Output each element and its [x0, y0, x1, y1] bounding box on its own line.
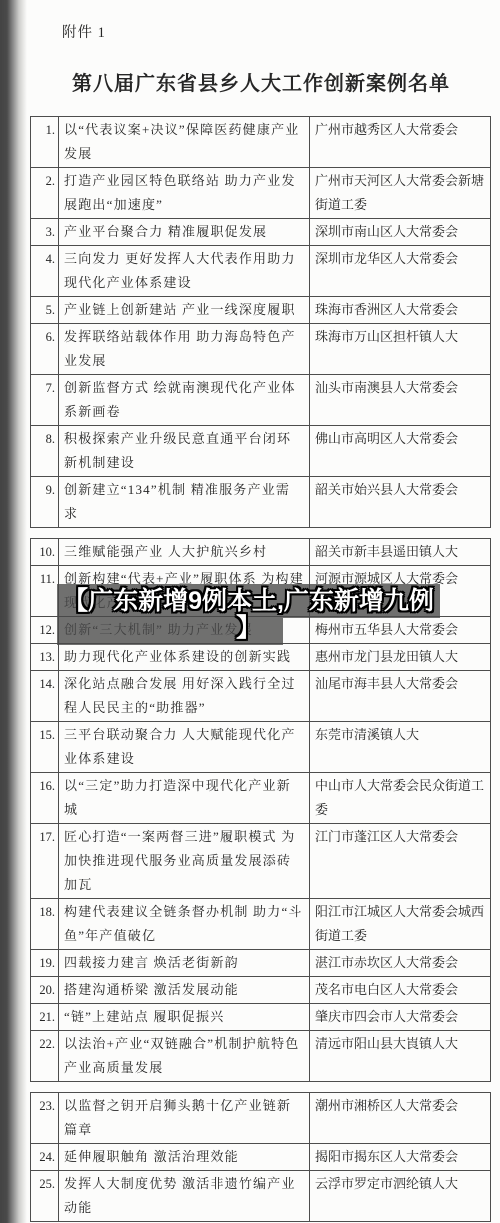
case-title-cell: 产业链上创新建站 产业一线深度履职 [59, 297, 310, 324]
case-title-cell: 助力现代化产业体系建设的创新实践 [59, 644, 310, 671]
case-title-cell: 搭建沟通桥梁 激活发展动能 [59, 977, 310, 1004]
row-number-cell: 3. [31, 219, 59, 246]
cases-table-section-3: 23.以监督之钥开启狮头鹅十亿产业链新篇章潮州市湘桥区人大常委会24.延伸履职触… [30, 1092, 491, 1222]
row-number-cell: 12. [31, 617, 59, 644]
organization-cell: 湛江市赤坎区人大常委会 [310, 950, 491, 977]
organization-cell: 肇庆市四会市人大常委会 [310, 1004, 491, 1031]
table-row: 6.发挥联络站载体作用 助力海岛特色产业发展珠海市万山区担杆镇人大 [31, 324, 491, 375]
case-title-cell: 延伸履职触角 激活治理效能 [59, 1144, 310, 1171]
table-row: 19.四载接力建言 焕活老街新韵湛江市赤坎区人大常委会 [31, 950, 491, 977]
row-number-cell: 14. [31, 671, 59, 722]
case-title-cell: 四载接力建言 焕活老街新韵 [59, 950, 310, 977]
row-number-cell: 9. [31, 477, 59, 528]
table-row: 13.助力现代化产业体系建设的创新实践惠州市龙门县龙田镇人大 [31, 644, 491, 671]
organization-cell: 揭阳市揭东区人大常委会 [310, 1144, 491, 1171]
case-title-cell: 构建代表建议全链条督办机制 助力“斗鱼”年产值破亿 [59, 899, 310, 950]
row-number-cell: 15. [31, 722, 59, 773]
caption-text-line1: 【广东新增9例本土,广东新增九例 [63, 586, 434, 616]
row-number-cell: 20. [31, 977, 59, 1004]
organization-cell: 江门市蓬江区人大常委会 [310, 824, 491, 899]
case-title-cell: 产业平台聚合力 精准履职促发展 [59, 219, 310, 246]
cases-table-section-1: 1.以“代表议案+决议”保障医药健康产业发展广州市越秀区人大常委会2.打造产业园… [30, 116, 491, 528]
organization-cell: 惠州市龙门县龙田镇人大 [310, 644, 491, 671]
tables-container: 1.以“代表议案+决议”保障医药健康产业发展广州市越秀区人大常委会2.打造产业园… [30, 116, 476, 1222]
table-row: 20.搭建沟通桥梁 激活发展动能茂名市电白区人大常委会 [31, 977, 491, 1004]
table-row: 16.以“三定”助力打造深中现代化产业新城中山市人大常委会民众街道工委 [31, 773, 491, 824]
row-number-cell: 17. [31, 824, 59, 899]
case-title-cell: 以“三定”助力打造深中现代化产业新城 [59, 773, 310, 824]
row-number-cell: 7. [31, 375, 59, 426]
row-number-cell: 6. [31, 324, 59, 375]
case-title-cell: 创新建立“134”机制 精准服务产业需求 [59, 477, 310, 528]
organization-cell: 佛山市高明区人大常委会 [310, 426, 491, 477]
organization-cell: 深圳市南山区人大常委会 [310, 219, 491, 246]
case-title-cell: 深化站点融合发展 用好深入践行全过程人民民主的“助推器” [59, 671, 310, 722]
organization-cell: 珠海市香洲区人大常委会 [310, 297, 491, 324]
organization-cell: 清远市阳山县大崀镇人大 [310, 1031, 491, 1082]
row-number-cell: 11. [31, 566, 59, 617]
organization-cell: 韶关市始兴县人大常委会 [310, 477, 491, 528]
case-title-cell: 以“代表议案+决议”保障医药健康产业发展 [59, 117, 310, 168]
case-title-cell: 发挥联络站载体作用 助力海岛特色产业发展 [59, 324, 310, 375]
row-number-cell: 18. [31, 899, 59, 950]
document-page: { "document": { "attachment_label": "附件 … [0, 0, 500, 1223]
caption-overlay: 【广东新增9例本土,广东新增九例 】 [57, 584, 440, 645]
document-title: 第八届广东省县乡人大工作创新案例名单 [22, 67, 500, 96]
organization-cell: 汕尾市海丰县人大常委会 [310, 671, 491, 722]
case-title-cell: 打造产业园区特色联络站 助力产业发展跑出“加速度” [59, 168, 310, 219]
case-title-cell: 发挥人大制度优势 激活非遗竹编产业动能 [59, 1171, 310, 1222]
table-row: 7.创新监督方式 绘就南澳现代化产业体系新画卷汕头市南澳县人大常委会 [31, 375, 491, 426]
row-number-cell: 21. [31, 1004, 59, 1031]
case-title-cell: 积极探索产业升级民意直通平台闭环新机制建设 [59, 426, 310, 477]
organization-cell: 潮州市湘桥区人大常委会 [310, 1093, 491, 1144]
table-row: 5.产业链上创新建站 产业一线深度履职珠海市香洲区人大常委会 [31, 297, 491, 324]
case-title-cell: 三向发力 更好发挥人大代表作用助力现代化产业体系建设 [59, 246, 310, 297]
row-number-cell: 2. [31, 168, 59, 219]
organization-cell: 广州市越秀区人大常委会 [310, 117, 491, 168]
table-row: 24.延伸履职触角 激活治理效能揭阳市揭东区人大常委会 [31, 1144, 491, 1171]
row-number-cell: 1. [31, 117, 59, 168]
table-row: 18.构建代表建议全链条督办机制 助力“斗鱼”年产值破亿阳江市江城区人大常委会城… [31, 899, 491, 950]
row-number-cell: 22. [31, 1031, 59, 1082]
table-row: 21.“链”上建站点 履职促振兴肇庆市四会市人大常委会 [31, 1004, 491, 1031]
case-title-cell: “链”上建站点 履职促振兴 [59, 1004, 310, 1031]
organization-cell: 深圳市龙华区人大常委会 [310, 246, 491, 297]
case-title-cell: 三平台联动聚合力 人大赋能现代化产业体系建设 [59, 722, 310, 773]
row-number-cell: 25. [31, 1171, 59, 1222]
row-number-cell: 23. [31, 1093, 59, 1144]
table-row: 22.以法治+产业“双链融合”机制护航特色产业高质量发展清远市阳山县大崀镇人大 [31, 1031, 491, 1082]
table-row: 15.三平台联动聚合力 人大赋能现代化产业体系建设东莞市清溪镇人大 [31, 722, 491, 773]
row-number-cell: 10. [31, 539, 59, 566]
row-number-cell: 19. [31, 950, 59, 977]
row-number-cell: 16. [31, 773, 59, 824]
case-title-cell: 创新监督方式 绘就南澳现代化产业体系新画卷 [59, 375, 310, 426]
case-title-cell: 三维赋能强产业 人大护航兴乡村 [59, 539, 310, 566]
row-number-cell: 8. [31, 426, 59, 477]
table-row: 3.产业平台聚合力 精准履职促发展深圳市南山区人大常委会 [31, 219, 491, 246]
organization-cell: 东莞市清溪镇人大 [310, 722, 491, 773]
table-row: 4.三向发力 更好发挥人大代表作用助力现代化产业体系建设深圳市龙华区人大常委会 [31, 246, 491, 297]
case-title-cell: 以法治+产业“双链融合”机制护航特色产业高质量发展 [59, 1031, 310, 1082]
organization-cell: 中山市人大常委会民众街道工委 [310, 773, 491, 824]
row-number-cell: 5. [31, 297, 59, 324]
table-row: 9.创新建立“134”机制 精准服务产业需求韶关市始兴县人大常委会 [31, 477, 491, 528]
page-left-edge-shadow [0, 0, 28, 1223]
table-row: 10.三维赋能强产业 人大护航兴乡村韶关市新丰县遥田镇人大 [31, 539, 491, 566]
organization-cell: 汕头市南澳县人大常委会 [310, 375, 491, 426]
organization-cell: 广州市天河区人大常委会新塘街道工委 [310, 168, 491, 219]
row-number-cell: 24. [31, 1144, 59, 1171]
organization-cell: 阳江市江城区人大常委会城西街道工委 [310, 899, 491, 950]
table-row: 14.深化站点融合发展 用好深入践行全过程人民民主的“助推器”汕尾市海丰县人大常… [31, 671, 491, 722]
table-row: 23.以监督之钥开启狮头鹅十亿产业链新篇章潮州市湘桥区人大常委会 [31, 1093, 491, 1144]
row-number-cell: 13. [31, 644, 59, 671]
case-title-cell: 以监督之钥开启狮头鹅十亿产业链新篇章 [59, 1093, 310, 1144]
case-title-cell: 匠心打造“一案两督三进”履职模式 为加快推进现代服务业高质量发展添砖加瓦 [59, 824, 310, 899]
organization-cell: 珠海市万山区担杆镇人大 [310, 324, 491, 375]
attachment-label: 附件 1 [62, 0, 500, 42]
table-row: 17.匠心打造“一案两督三进”履职模式 为加快推进现代服务业高质量发展添砖加瓦江… [31, 824, 491, 899]
table-row: 1.以“代表议案+决议”保障医药健康产业发展广州市越秀区人大常委会 [31, 117, 491, 168]
caption-text-line2: 】 [236, 613, 261, 643]
organization-cell: 韶关市新丰县遥田镇人大 [310, 539, 491, 566]
table-row: 25.发挥人大制度优势 激活非遗竹编产业动能云浮市罗定市泗纶镇人大 [31, 1171, 491, 1222]
organization-cell: 茂名市电白区人大常委会 [310, 977, 491, 1004]
row-number-cell: 4. [31, 246, 59, 297]
organization-cell: 云浮市罗定市泗纶镇人大 [310, 1171, 491, 1222]
table-row: 8.积极探索产业升级民意直通平台闭环新机制建设佛山市高明区人大常委会 [31, 426, 491, 477]
table-row: 2.打造产业园区特色联络站 助力产业发展跑出“加速度”广州市天河区人大常委会新塘… [31, 168, 491, 219]
